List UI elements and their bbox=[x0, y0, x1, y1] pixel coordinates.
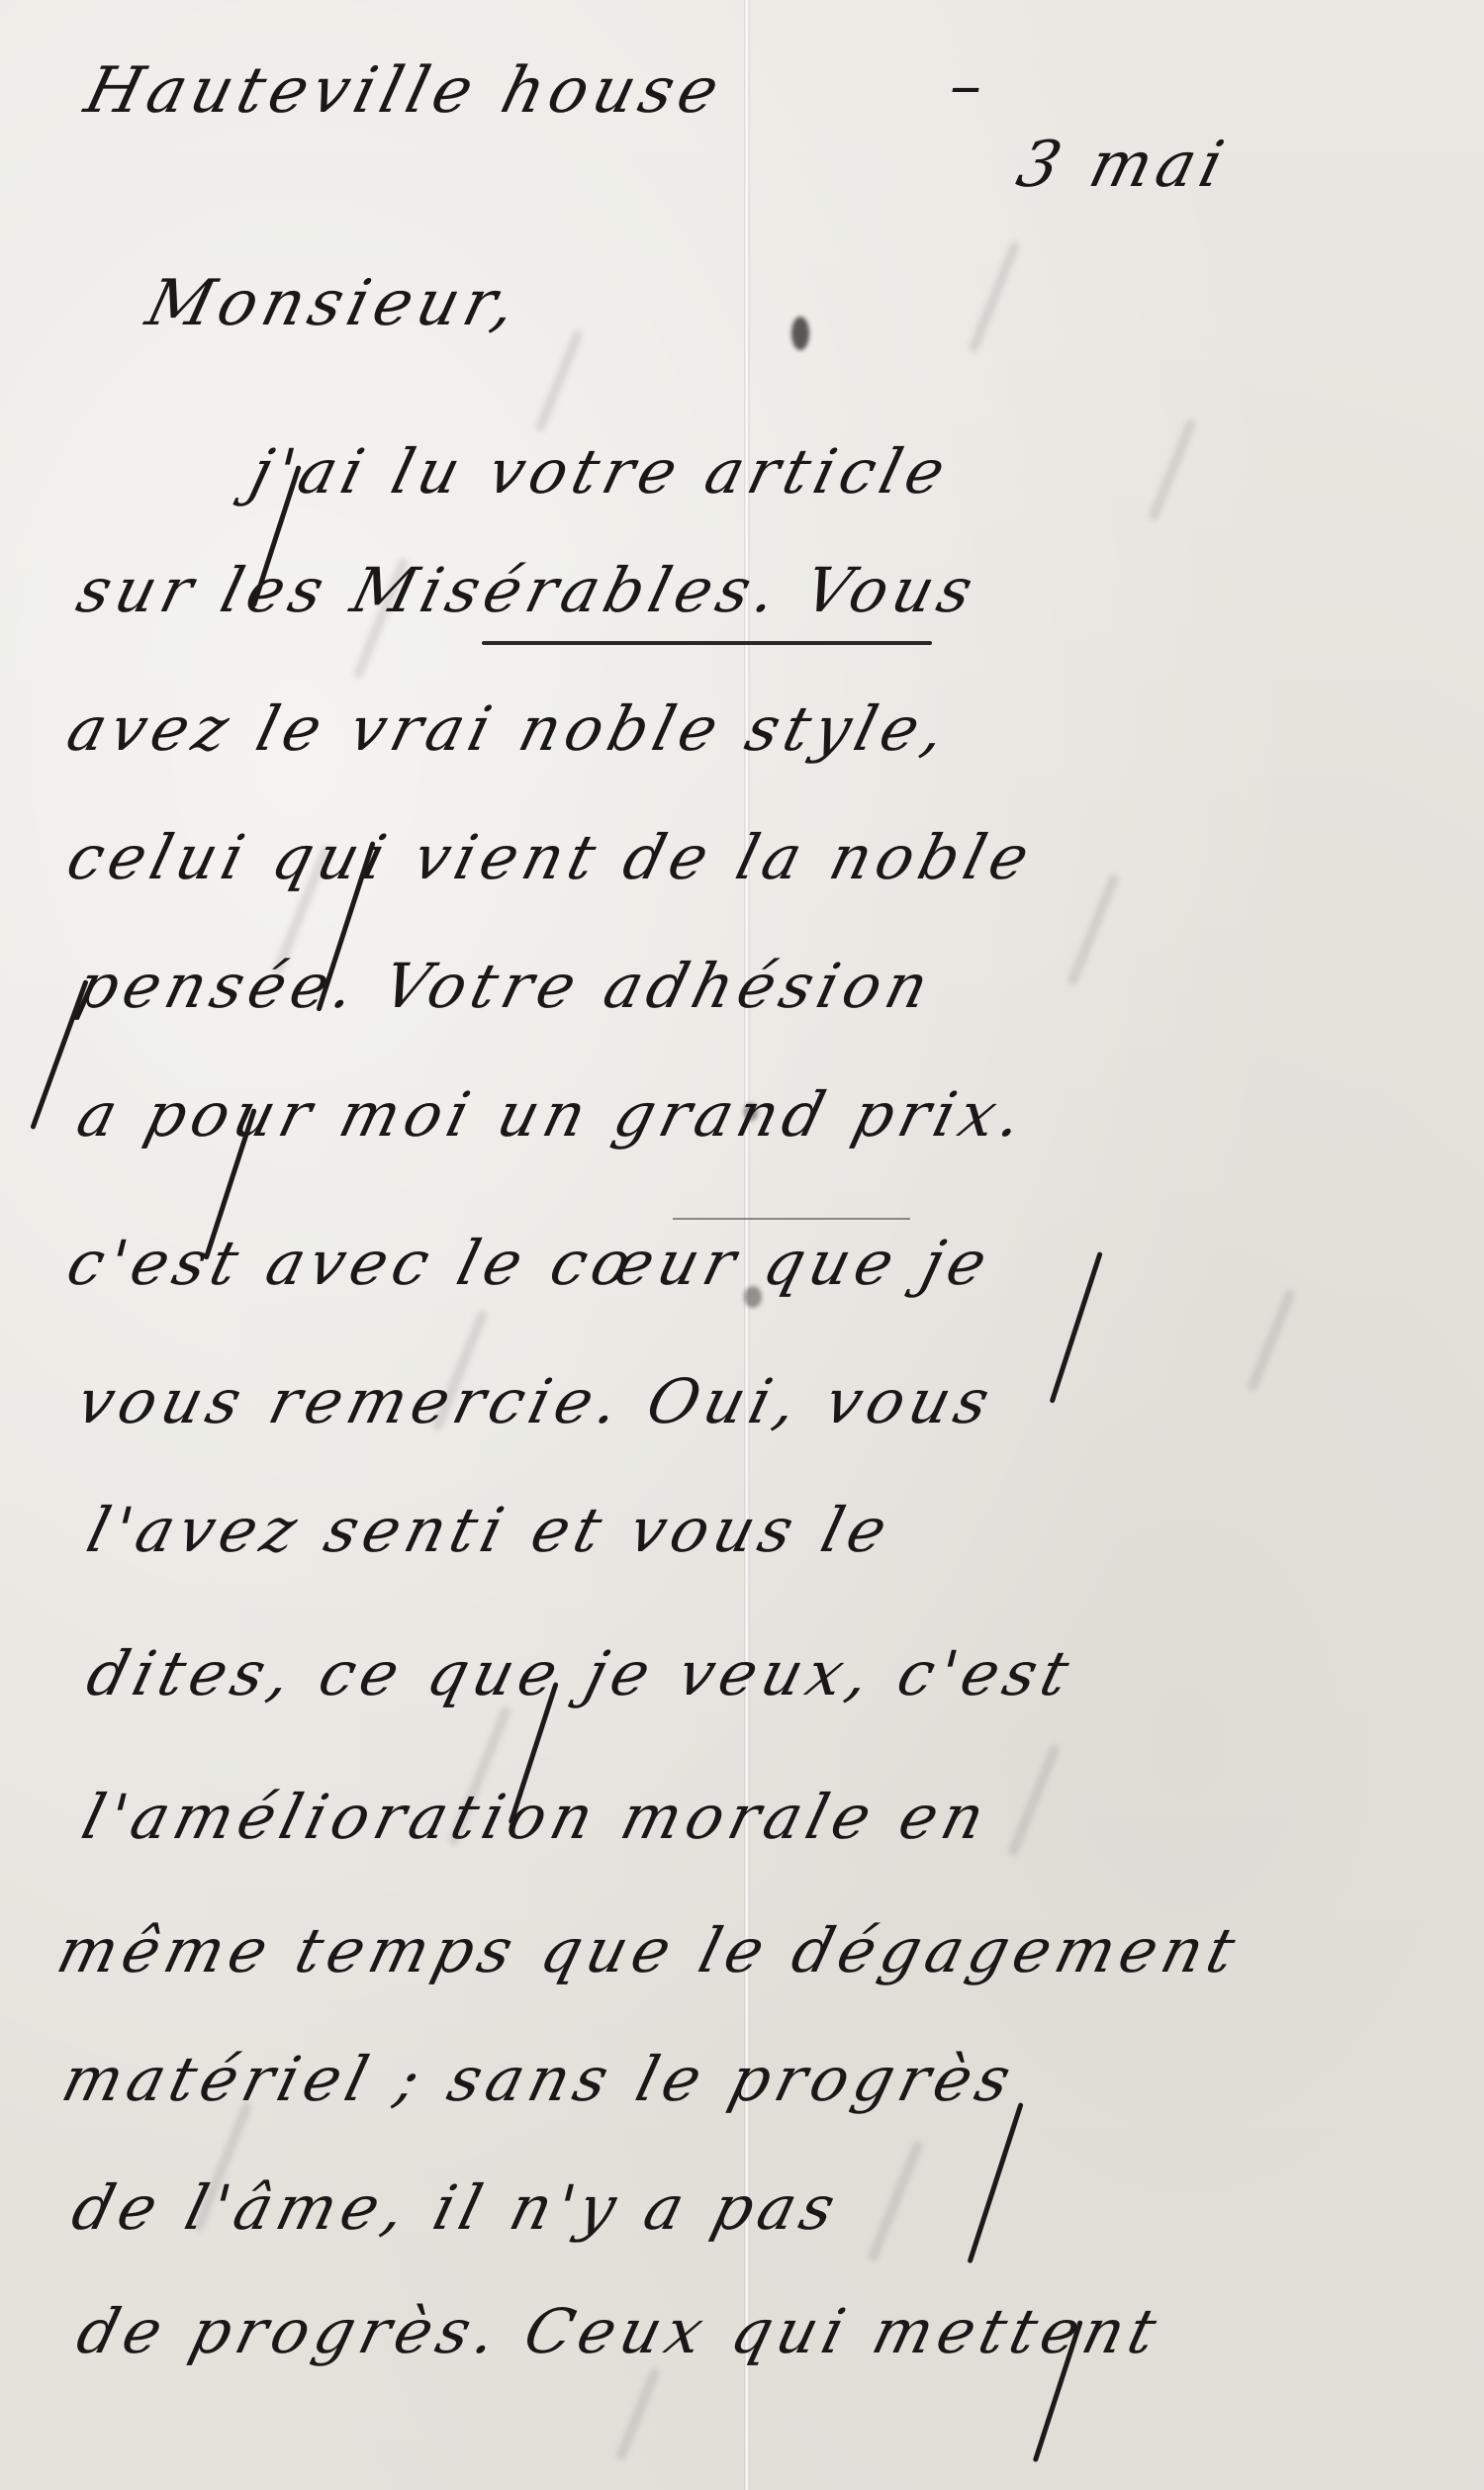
letter-line: matériel ; sans le progrès bbox=[55, 2043, 1024, 2115]
letter-date: 3 mai bbox=[1010, 129, 1237, 202]
letter-line: sur les Misérables. Vous bbox=[70, 554, 985, 626]
letter-line: avez le vrai noble style, bbox=[60, 692, 959, 765]
letter-line: a pour moi un grand prix. bbox=[70, 1078, 1036, 1151]
letter-line: de progrès. Ceux qui mettent bbox=[70, 2295, 1169, 2367]
letter-line: c'est avec le cœur que je bbox=[60, 1227, 1000, 1299]
pen-descender bbox=[1050, 1251, 1103, 1404]
letter-line: même temps que le dégagement bbox=[50, 1914, 1248, 1986]
letter-line: l'amélioration morale en bbox=[75, 1781, 997, 1853]
bleed-through-mark bbox=[1007, 1743, 1061, 1857]
letter-line: dites, ce que je veux, c'est bbox=[80, 1637, 1082, 1709]
bleed-through-mark bbox=[615, 2366, 662, 2461]
letter-line: l'avez senti et vous le bbox=[80, 1494, 900, 1566]
bleed-through-mark bbox=[867, 2140, 924, 2262]
letter-place: Hauteville house bbox=[78, 54, 732, 128]
header-separator: – bbox=[950, 49, 987, 123]
bleed-through-mark bbox=[534, 328, 584, 433]
letter-line: pensée. Votre adhésion bbox=[70, 950, 942, 1022]
bleed-through-mark bbox=[1067, 873, 1120, 986]
bleed-through-mark bbox=[1148, 417, 1197, 522]
bleed-through-mark bbox=[968, 239, 1021, 353]
pen-descender bbox=[967, 2102, 1023, 2263]
letter-salutation: Monsieur, bbox=[139, 267, 529, 340]
letter-line: de l'âme, il n'y a pas bbox=[65, 2171, 848, 2244]
letter-line: vous remercie. Oui, vous bbox=[70, 1365, 1002, 1437]
letter-line: celui qui vient de la noble bbox=[60, 821, 1042, 893]
bleed-through-mark bbox=[1247, 1288, 1296, 1393]
title-underline bbox=[482, 641, 932, 645]
ink-blot bbox=[791, 317, 809, 350]
letter-page: Hauteville house – 3 mai Monsieur, j'ai … bbox=[0, 0, 1484, 2490]
paper-horizontal-crease bbox=[673, 1218, 910, 1220]
letter-line: j'ai lu votre article bbox=[243, 435, 958, 507]
